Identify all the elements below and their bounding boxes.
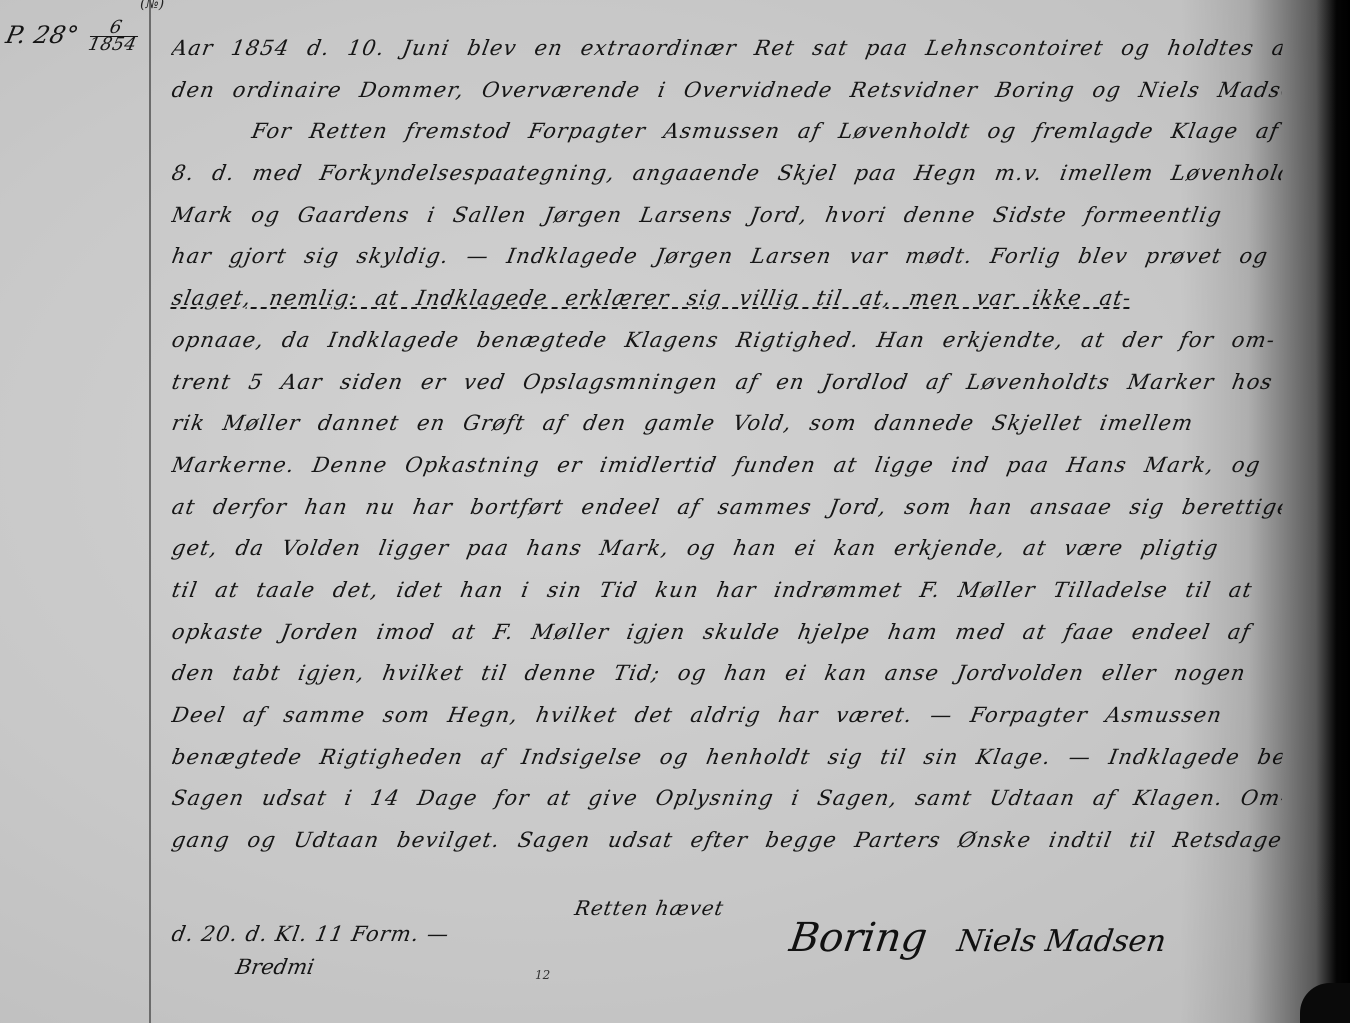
witness-signatures: Boring Niels Madsen <box>787 915 1170 961</box>
binding-shadow <box>1180 0 1350 1023</box>
margin-date-fraction: 6 1854 <box>87 20 142 53</box>
stray-pencil-mark: 12 <box>535 968 550 982</box>
protocol-body: Aar 1854 d. 10. Juni blev en extraordinæ… <box>172 28 1282 862</box>
margin-rule <box>149 0 151 1023</box>
text-line: Sagen udsat i 14 Dage for at give Oplysn… <box>168 778 1285 820</box>
text-line: den ordinaire Dommer, Overværende i Over… <box>168 70 1285 112</box>
judge-signature: Bredmi <box>234 955 316 979</box>
margin-reference: P. 28° 6 1854 <box>2 20 141 53</box>
text-line: For Retten fremstod Forpagter Asmussen a… <box>168 111 1285 153</box>
document-page: (№) P. 28° 6 1854 Aar 1854 d. 10. Juni b… <box>0 0 1350 1023</box>
margin-date-denominator: 1854 <box>87 36 138 53</box>
top-page-mark: (№) <box>140 0 164 12</box>
text-line: Mark og Gaardens i Sallen Jørgen Larsens… <box>168 195 1285 237</box>
text-line: til at taale det, idet han i sin Tid kun… <box>168 570 1285 612</box>
text-line: gang og Udtaan bevilget. Sagen udsat eft… <box>168 820 1285 862</box>
text-line: den tabt igjen, hvilket til denne Tid; o… <box>168 653 1285 695</box>
text-line: Markerne. Denne Opkastning er imidlertid… <box>168 445 1285 487</box>
text-line: rik Møller dannet en Grøft af den gamle … <box>168 403 1285 445</box>
text-line: opnaae, da Indklagede benægtede Klagens … <box>168 320 1285 362</box>
text-line: Deel af samme som Hegn, hvilket det aldr… <box>168 695 1285 737</box>
text-line: at derfor han nu har bortført endeel af … <box>168 487 1285 529</box>
signature-niels-madsen: Niels Madsen <box>955 924 1168 959</box>
text-line: opkaste Jorden imod at F. Møller igjen s… <box>168 612 1285 654</box>
next-session-date: d. 20. d. Kl. 11 Form. — <box>170 922 451 946</box>
text-line: Aar 1854 d. 10. Juni blev en extraordinæ… <box>168 28 1285 70</box>
court-adjourned-note: Retten hævet <box>573 896 726 920</box>
signature-boring: Boring <box>787 915 930 961</box>
text-line: get, da Volden ligger paa hans Mark, og … <box>168 528 1285 570</box>
text-line-underlined: slaget, nemlig: at Indklagede erklærer s… <box>168 278 1285 320</box>
text-line: trent 5 Aar siden er ved Opslagsmningen … <box>168 362 1285 404</box>
text-line: benægtede Rigtigheden af Indsigelse og h… <box>168 737 1285 779</box>
text-line: har gjort sig skyldig. — Indklagede Jørg… <box>168 236 1285 278</box>
margin-reference-prefix: P. 28° <box>3 21 81 49</box>
text-line: 8. d. med Forkyndelsespaategning, angaae… <box>168 153 1285 195</box>
